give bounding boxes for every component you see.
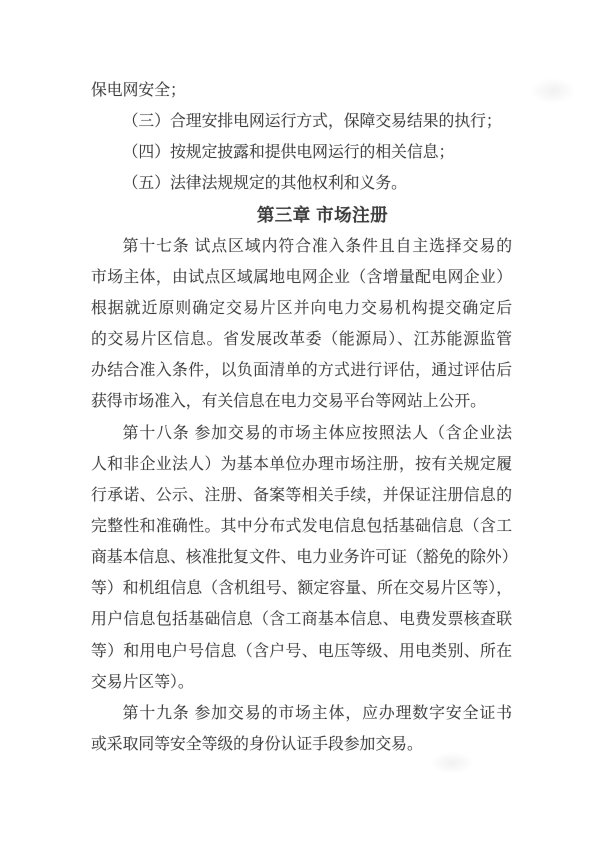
- text-line: 办结合准入条件，以负面清单的方式进行评估，通过评估后: [91, 355, 512, 386]
- text-line-article-19: 第十九条 参加交易的市场主体，应办理数字安全证书: [91, 698, 512, 729]
- text-line: 行承诺、公示、注册、备案等相关手续，并保证注册信息的: [91, 480, 512, 511]
- text-line: 等）和用电户号信息（含户号、电压等级、用电类别、所在: [91, 636, 512, 667]
- document-body: 保电网安全； （三）合理安排电网运行方式，保障交易结果的执行； （四）按规定披露…: [91, 75, 512, 760]
- document-page: 保电网安全； （三）合理安排电网运行方式，保障交易结果的执行； （四）按规定披露…: [0, 0, 600, 848]
- text-line: 交易片区等）。: [91, 667, 512, 698]
- text-line: 人和非企业法人）为基本单位办理市场注册，按有关规定履: [91, 449, 512, 480]
- text-line: 等）和机组信息（含机组号、额定容量、所在交易片区等），: [91, 573, 512, 604]
- text-line: 获得市场准入，有关信息在电力交易平台等网站上公开。: [91, 386, 512, 417]
- chapter-heading: 第三章 市场注册: [91, 200, 512, 231]
- text-line: 的交易片区信息。省发展改革委（能源局）、江苏能源监管: [91, 324, 512, 355]
- text-line-paragraph-tail: 保电网安全；: [91, 75, 512, 106]
- text-line-article-18: 第十八条 参加交易的市场主体应按照法人（含企业法: [91, 418, 512, 449]
- scan-smudge: [530, 78, 576, 104]
- text-line: 根据就近原则确定交易片区并向电力交易机构提交确定后: [91, 293, 512, 324]
- text-line-item-5: （五）法律法规规定的其他权利和义务。: [91, 168, 512, 199]
- text-line-item-4: （四）按规定披露和提供电网运行的相关信息；: [91, 137, 512, 168]
- text-line: 完整性和准确性。其中分布式发电信息包括基础信息（含工: [91, 511, 512, 542]
- text-line: 商基本信息、核准批复文件、电力业务许可证（豁免的除外）: [91, 542, 512, 573]
- text-line: 或采取同等安全等级的身份认证手段参加交易。: [91, 729, 512, 760]
- text-line: 市场主体，由试点区域属地电网企业（含增量配电网企业）: [91, 262, 512, 293]
- text-line-article-17: 第十七条 试点区域内符合准入条件且自主选择交易的: [91, 231, 512, 262]
- text-line-item-3: （三）合理安排电网运行方式，保障交易结果的执行；: [91, 106, 512, 137]
- text-line: 用户信息包括基础信息（含工商基本信息、电费发票核查联: [91, 604, 512, 635]
